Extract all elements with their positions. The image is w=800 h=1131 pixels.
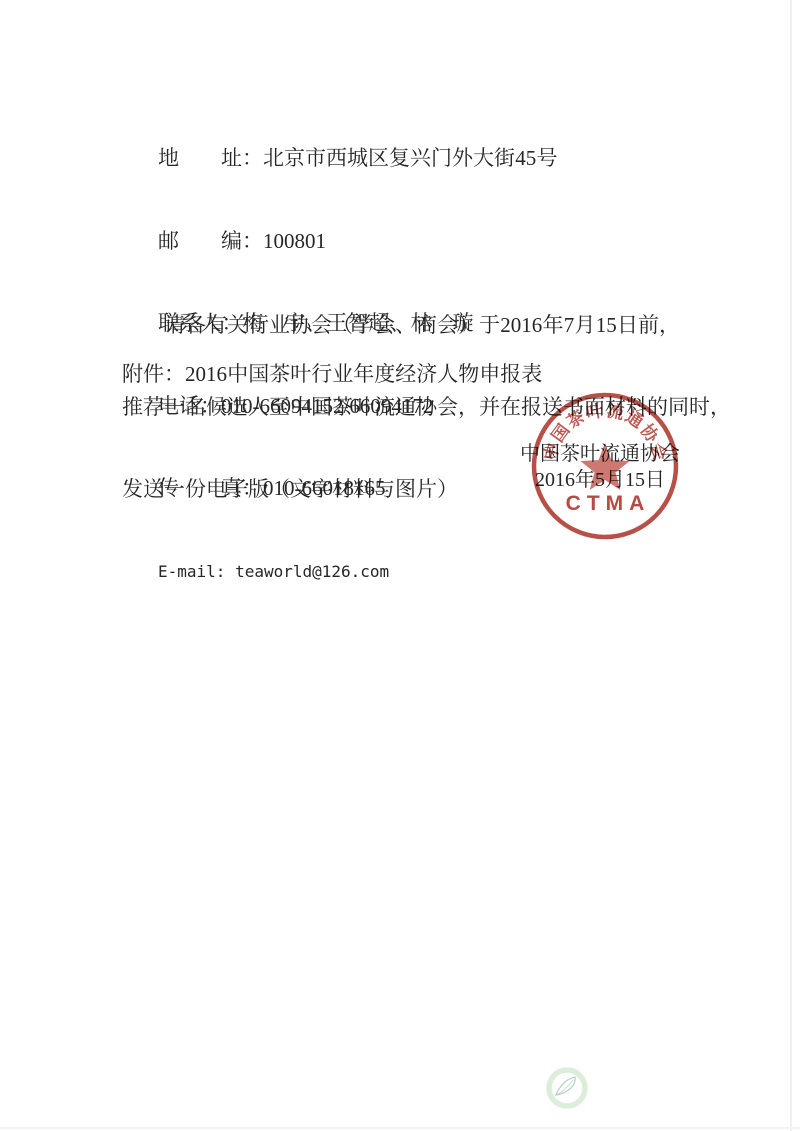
seal-arc-char: 叶: [584, 400, 605, 423]
leaf-outline: [556, 1077, 575, 1095]
document-page: 地 址：北京市西城区复兴门外大街 45 号 邮 编：100801 联 系 人：梅…: [0, 0, 800, 1131]
official-seal-stamp: 中国茶叶流通协会 CTMA: [525, 386, 685, 546]
scan-edge-bottom: [0, 1127, 800, 1129]
contact-line-zipcode: 邮 编：100801: [158, 228, 558, 256]
scan-edge-right: [790, 0, 792, 1131]
contact-line-email: E-mail: teaworld@126.com: [158, 558, 558, 586]
star-icon: [580, 443, 629, 490]
seal-arc-char: 会: [647, 441, 671, 463]
leaf-logo-ring: [549, 1070, 585, 1106]
notice-line: 请各有关行业协会（学会、商会）于 2016 年 7 月 15 日前，: [122, 312, 731, 339]
seal-arc-char: 流: [605, 400, 625, 423]
leaf-logo-icon: [543, 1064, 591, 1112]
contact-line-address: 地 址：北京市西城区复兴门外大街 45 号: [158, 145, 558, 173]
attachment-line: 附件：2016 中国茶叶行业年度经济人物申报表: [122, 358, 542, 388]
seal-acronym: CTMA: [566, 492, 651, 515]
